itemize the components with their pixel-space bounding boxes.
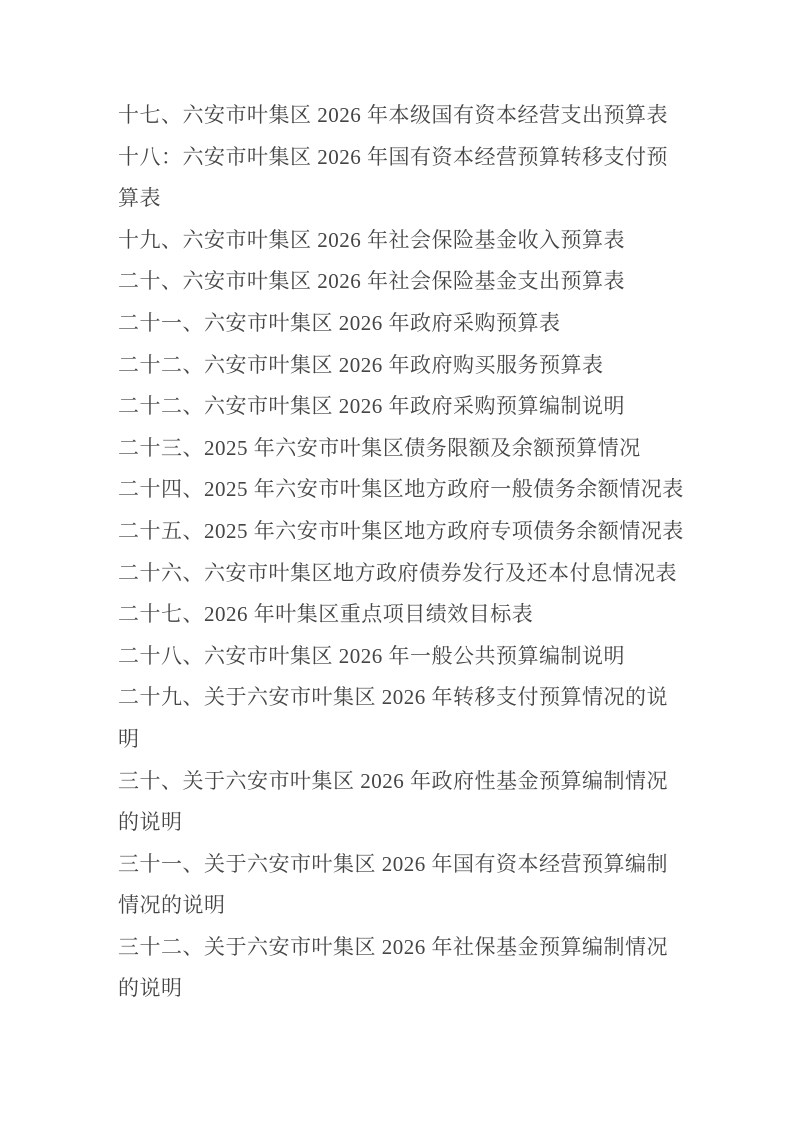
toc-line-continuation: 的说明	[118, 802, 680, 844]
toc-item-19: 十九、六安市叶集区 2026 年社会保险基金收入预算表	[118, 220, 680, 262]
toc-line-continuation: 的说明	[118, 968, 680, 1010]
toc-item-24: 二十四、2025 年六安市叶集区地方政府一般债务余额情况表	[118, 469, 680, 511]
toc-item-23: 二十三、2025 年六安市叶集区债务限额及余额预算情况	[118, 428, 680, 470]
toc-line: 二十九、关于六安市叶集区 2026 年转移支付预算情况的说	[118, 677, 680, 719]
toc-item-30: 三十、关于六安市叶集区 2026 年政府性基金预算编制情况 的说明	[118, 761, 680, 844]
toc-item-29: 二十九、关于六安市叶集区 2026 年转移支付预算情况的说 明	[118, 677, 680, 760]
toc-item-18: 十八：六安市叶集区 2026 年国有资本经营预算转移支付预 算表	[118, 137, 680, 220]
toc-line: 十七、六安市叶集区 2026 年本级国有资本经营支出预算表	[118, 95, 680, 137]
toc-item-28: 二十八、六安市叶集区 2026 年一般公共预算编制说明	[118, 636, 680, 678]
toc-line: 二十七、2026 年叶集区重点项目绩效目标表	[118, 594, 680, 636]
toc-item-17: 十七、六安市叶集区 2026 年本级国有资本经营支出预算表	[118, 95, 680, 137]
toc-item-20: 二十、六安市叶集区 2026 年社会保险基金支出预算表	[118, 261, 680, 303]
document-page: 十七、六安市叶集区 2026 年本级国有资本经营支出预算表 十八：六安市叶集区 …	[0, 0, 793, 1122]
toc-item-25: 二十五、2025 年六安市叶集区地方政府专项债务余额情况表	[118, 511, 680, 553]
toc-line: 十八：六安市叶集区 2026 年国有资本经营预算转移支付预	[118, 137, 680, 179]
toc-item-26: 二十六、六安市叶集区地方政府债券发行及还本付息情况表	[118, 553, 680, 595]
toc-item-21: 二十一、六安市叶集区 2026 年政府采购预算表	[118, 303, 680, 345]
toc-line: 二十三、2025 年六安市叶集区债务限额及余额预算情况	[118, 428, 680, 470]
toc-item-27: 二十七、2026 年叶集区重点项目绩效目标表	[118, 594, 680, 636]
toc-line: 二十四、2025 年六安市叶集区地方政府一般债务余额情况表	[118, 469, 680, 511]
toc-line: 二十二、六安市叶集区 2026 年政府购买服务预算表	[118, 345, 680, 387]
toc-item-31: 三十一、关于六安市叶集区 2026 年国有资本经营预算编制 情况的说明	[118, 844, 680, 927]
toc-line: 三十一、关于六安市叶集区 2026 年国有资本经营预算编制	[118, 844, 680, 886]
toc-line: 二十六、六安市叶集区地方政府债券发行及还本付息情况表	[118, 553, 680, 595]
toc-line-continuation: 情况的说明	[118, 885, 680, 927]
toc-line: 二十二、六安市叶集区 2026 年政府采购预算编制说明	[118, 386, 680, 428]
toc-line: 二十、六安市叶集区 2026 年社会保险基金支出预算表	[118, 261, 680, 303]
toc-line-continuation: 算表	[118, 178, 680, 220]
toc-line: 二十一、六安市叶集区 2026 年政府采购预算表	[118, 303, 680, 345]
table-of-contents: 十七、六安市叶集区 2026 年本级国有资本经营支出预算表 十八：六安市叶集区 …	[118, 95, 680, 1010]
toc-item-22b: 二十二、六安市叶集区 2026 年政府采购预算编制说明	[118, 386, 680, 428]
toc-line: 三十、关于六安市叶集区 2026 年政府性基金预算编制情况	[118, 761, 680, 803]
toc-item-32: 三十二、关于六安市叶集区 2026 年社保基金预算编制情况 的说明	[118, 927, 680, 1010]
toc-line: 十九、六安市叶集区 2026 年社会保险基金收入预算表	[118, 220, 680, 262]
toc-item-22a: 二十二、六安市叶集区 2026 年政府购买服务预算表	[118, 345, 680, 387]
toc-line: 二十八、六安市叶集区 2026 年一般公共预算编制说明	[118, 636, 680, 678]
toc-line: 三十二、关于六安市叶集区 2026 年社保基金预算编制情况	[118, 927, 680, 969]
toc-line-continuation: 明	[118, 719, 680, 761]
toc-line: 二十五、2025 年六安市叶集区地方政府专项债务余额情况表	[118, 511, 680, 553]
